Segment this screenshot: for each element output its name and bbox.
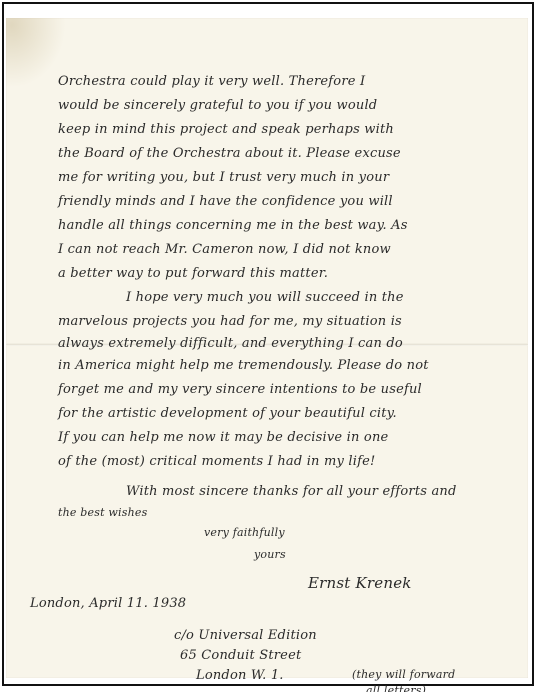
body-line: If you can help me now it may be decisiv… [58, 430, 388, 445]
place-date: London, April 11. 1938 [30, 596, 186, 611]
body-line: would be sincerely grateful to you if yo… [58, 98, 377, 113]
body-line: of the (most) critical moments I had in … [58, 454, 375, 469]
address-note: (they will forward [352, 668, 455, 681]
address-note: all letters) [366, 684, 426, 692]
body-line: I can not reach Mr. Cameron now, I did n… [58, 242, 391, 257]
address-line: c/o Universal Edition [174, 628, 317, 643]
body-line: for the artistic development of your bea… [58, 406, 397, 421]
body-line: me for writing you, but I trust very muc… [58, 170, 389, 185]
body-line: friendly minds and I have the confidence… [58, 194, 393, 209]
closing: very faithfully [204, 526, 285, 539]
letter-page: Orchestra could play it very well. There… [6, 18, 528, 678]
body-line: With most sincere thanks for all your ef… [126, 484, 457, 499]
body-line: marvelous projects you had for me, my si… [58, 314, 402, 329]
address-line: London W. 1. [196, 668, 284, 683]
body-line: in America might help me tremendously. P… [58, 358, 429, 373]
body-line: I hope very much you will succeed in the [126, 290, 404, 305]
address-line: 65 Conduit Street [180, 648, 301, 663]
body-line: keep in mind this project and speak perh… [58, 122, 394, 137]
closing: yours [254, 548, 286, 561]
body-line: the best wishes [58, 506, 147, 519]
body-line: always extremely difficult, and everythi… [58, 336, 403, 351]
body-line: Orchestra could play it very well. There… [58, 74, 365, 89]
signature: Ernst Krenek [308, 574, 412, 592]
paper-stain [6, 18, 66, 88]
body-line: the Board of the Orchestra about it. Ple… [58, 146, 401, 161]
body-line: handle all things concerning me in the b… [58, 218, 408, 233]
body-line: forget me and my very sincere intentions… [58, 382, 422, 397]
body-line: a better way to put forward this matter. [58, 266, 328, 281]
